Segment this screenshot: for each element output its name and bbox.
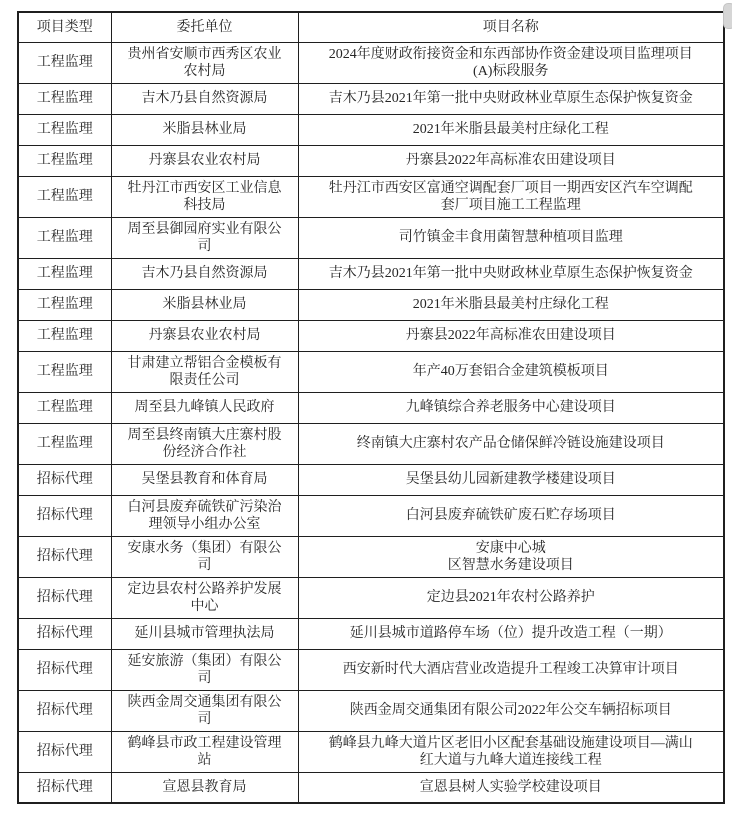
column-header-client-unit: 委托单位 xyxy=(111,12,298,42)
cell-client-unit: 甘肃建立帮铝合金模板有 限责任公司 xyxy=(111,351,298,392)
cell-client-unit: 周至县九峰镇人民政府 xyxy=(111,392,298,423)
projects-table: 项目类型 委托单位 项目名称 工程监理贵州省安顺市西秀区农业 农村局2024年度… xyxy=(17,11,725,804)
cell-client-unit: 吴堡县教育和体育局 xyxy=(111,464,298,495)
table-row: 工程监理周至县终南镇大庄寨村股 份经济合作社终南镇大庄寨村农产品仓储保鲜冷链设施… xyxy=(18,423,724,464)
cell-client-unit: 陕西金周交通集团有限公 司 xyxy=(111,690,298,731)
cell-client-unit: 丹寨县农业农村局 xyxy=(111,320,298,351)
cell-project-name: 2021年米脂县最美村庄绿化工程 xyxy=(298,289,724,320)
page: 项目类型 委托单位 项目名称 工程监理贵州省安顺市西秀区农业 农村局2024年度… xyxy=(0,0,732,840)
cell-project-name: 延川县城市道路停车场（位）提升改造工程（一期） xyxy=(298,618,724,649)
cell-client-unit: 宣恩县教育局 xyxy=(111,772,298,803)
table-row: 工程监理牡丹江市西安区工业信息 科技局牡丹江市西安区富通空调配套厂项目一期西安区… xyxy=(18,176,724,217)
table-row: 招标代理定边县农村公路养护发展 中心定边县2021年农村公路养护 xyxy=(18,577,724,618)
cell-project-type: 工程监理 xyxy=(18,423,111,464)
cell-client-unit: 丹寨县农业农村局 xyxy=(111,145,298,176)
cell-project-type: 工程监理 xyxy=(18,83,111,114)
table-row: 工程监理周至县御园府实业有限公 司司竹镇金丰食用菌智慧种植项目监理 xyxy=(18,217,724,258)
cell-client-unit: 周至县终南镇大庄寨村股 份经济合作社 xyxy=(111,423,298,464)
cell-project-name: 白河县废弃硫铁矿废石贮存场项目 xyxy=(298,495,724,536)
table-row: 招标代理安康水务（集团）有限公 司安康中心城 区智慧水务建设项目 xyxy=(18,536,724,577)
cell-project-type: 招标代理 xyxy=(18,464,111,495)
cell-project-name: 鹤峰县九峰大道片区老旧小区配套基础设施建设项目—满山 红大道与九峰大道连接线工程 xyxy=(298,731,724,772)
cell-client-unit: 定边县农村公路养护发展 中心 xyxy=(111,577,298,618)
cell-project-type: 招标代理 xyxy=(18,690,111,731)
cell-project-type: 招标代理 xyxy=(18,618,111,649)
cell-project-type: 工程监理 xyxy=(18,320,111,351)
table-row: 工程监理吉木乃县自然资源局吉木乃县2021年第一批中央财政林业草原生态保护恢复资… xyxy=(18,258,724,289)
cell-client-unit: 贵州省安顺市西秀区农业 农村局 xyxy=(111,42,298,83)
table-body: 工程监理贵州省安顺市西秀区农业 农村局2024年度财政衔接资金和东西部协作资金建… xyxy=(18,42,724,803)
column-header-project-name: 项目名称 xyxy=(298,12,724,42)
cell-project-type: 工程监理 xyxy=(18,145,111,176)
cell-project-name: 吴堡县幼儿园新建教学楼建设项目 xyxy=(298,464,724,495)
cell-project-name: 年产40万套铝合金建筑模板项目 xyxy=(298,351,724,392)
cell-client-unit: 鹤峰县市政工程建设管理 站 xyxy=(111,731,298,772)
cell-project-type: 工程监理 xyxy=(18,351,111,392)
cell-project-name: 宣恩县树人实验学校建设项目 xyxy=(298,772,724,803)
cell-project-name: 吉木乃县2021年第一批中央财政林业草原生态保护恢复资金 xyxy=(298,83,724,114)
cell-client-unit: 米脂县林业局 xyxy=(111,289,298,320)
table-row: 工程监理周至县九峰镇人民政府九峰镇综合养老服务中心建设项目 xyxy=(18,392,724,423)
cell-project-name: 丹寨县2022年高标准农田建设项目 xyxy=(298,145,724,176)
cell-project-name: 吉木乃县2021年第一批中央财政林业草原生态保护恢复资金 xyxy=(298,258,724,289)
cell-project-type: 招标代理 xyxy=(18,772,111,803)
cell-project-name: 九峰镇综合养老服务中心建设项目 xyxy=(298,392,724,423)
cell-project-name: 陕西金周交通集团有限公司2022年公交车辆招标项目 xyxy=(298,690,724,731)
table-row: 招标代理陕西金周交通集团有限公 司陕西金周交通集团有限公司2022年公交车辆招标… xyxy=(18,690,724,731)
cell-client-unit: 白河县废弃硫铁矿污染治 理领导小组办公室 xyxy=(111,495,298,536)
table-row: 招标代理吴堡县教育和体育局吴堡县幼儿园新建教学楼建设项目 xyxy=(18,464,724,495)
cell-client-unit: 吉木乃县自然资源局 xyxy=(111,83,298,114)
cell-project-name: 司竹镇金丰食用菌智慧种植项目监理 xyxy=(298,217,724,258)
table-row: 工程监理米脂县林业局2021年米脂县最美村庄绿化工程 xyxy=(18,289,724,320)
cell-client-unit: 安康水务（集团）有限公 司 xyxy=(111,536,298,577)
cell-client-unit: 牡丹江市西安区工业信息 科技局 xyxy=(111,176,298,217)
cell-project-type: 招标代理 xyxy=(18,495,111,536)
table-row: 招标代理延安旅游（集团）有限公 司西安新时代大酒店营业改造提升工程竣工决算审计项… xyxy=(18,649,724,690)
cell-client-unit: 米脂县林业局 xyxy=(111,114,298,145)
cell-project-name: 安康中心城 区智慧水务建设项目 xyxy=(298,536,724,577)
cell-project-name: 2021年米脂县最美村庄绿化工程 xyxy=(298,114,724,145)
cell-project-type: 工程监理 xyxy=(18,258,111,289)
table-row: 工程监理米脂县林业局2021年米脂县最美村庄绿化工程 xyxy=(18,114,724,145)
cell-project-type: 工程监理 xyxy=(18,392,111,423)
table-row: 招标代理鹤峰县市政工程建设管理 站鹤峰县九峰大道片区老旧小区配套基础设施建设项目… xyxy=(18,731,724,772)
cell-project-type: 工程监理 xyxy=(18,176,111,217)
table-row: 工程监理丹寨县农业农村局丹寨县2022年高标准农田建设项目 xyxy=(18,320,724,351)
cell-client-unit: 周至县御园府实业有限公 司 xyxy=(111,217,298,258)
cell-project-name: 2024年度财政衔接资金和东西部协作资金建设项目监理项目 (A)标段服务 xyxy=(298,42,724,83)
cell-project-type: 招标代理 xyxy=(18,536,111,577)
scrollbar-thumb[interactable] xyxy=(723,3,732,29)
cell-project-name: 牡丹江市西安区富通空调配套厂项目一期西安区汽车空调配 套厂项目施工工程监理 xyxy=(298,176,724,217)
cell-project-type: 招标代理 xyxy=(18,649,111,690)
table-row: 工程监理吉木乃县自然资源局吉木乃县2021年第一批中央财政林业草原生态保护恢复资… xyxy=(18,83,724,114)
table-row: 工程监理甘肃建立帮铝合金模板有 限责任公司年产40万套铝合金建筑模板项目 xyxy=(18,351,724,392)
cell-project-name: 终南镇大庄寨村农产品仓储保鲜冷链设施建设项目 xyxy=(298,423,724,464)
table-row: 招标代理延川县城市管理执法局延川县城市道路停车场（位）提升改造工程（一期） xyxy=(18,618,724,649)
cell-project-name: 西安新时代大酒店营业改造提升工程竣工决算审计项目 xyxy=(298,649,724,690)
cell-project-type: 工程监理 xyxy=(18,217,111,258)
table-row: 工程监理贵州省安顺市西秀区农业 农村局2024年度财政衔接资金和东西部协作资金建… xyxy=(18,42,724,83)
cell-project-type: 工程监理 xyxy=(18,289,111,320)
cell-project-name: 定边县2021年农村公路养护 xyxy=(298,577,724,618)
cell-client-unit: 延安旅游（集团）有限公 司 xyxy=(111,649,298,690)
cell-project-name: 丹寨县2022年高标准农田建设项目 xyxy=(298,320,724,351)
table-row: 招标代理白河县废弃硫铁矿污染治 理领导小组办公室白河县废弃硫铁矿废石贮存场项目 xyxy=(18,495,724,536)
cell-project-type: 招标代理 xyxy=(18,577,111,618)
table-row: 工程监理丹寨县农业农村局丹寨县2022年高标准农田建设项目 xyxy=(18,145,724,176)
cell-client-unit: 吉木乃县自然资源局 xyxy=(111,258,298,289)
column-header-project-type: 项目类型 xyxy=(18,12,111,42)
cell-project-type: 招标代理 xyxy=(18,731,111,772)
table-row: 招标代理宣恩县教育局宣恩县树人实验学校建设项目 xyxy=(18,772,724,803)
cell-project-type: 工程监理 xyxy=(18,42,111,83)
cell-client-unit: 延川县城市管理执法局 xyxy=(111,618,298,649)
cell-project-type: 工程监理 xyxy=(18,114,111,145)
header-row: 项目类型 委托单位 项目名称 xyxy=(18,12,724,42)
